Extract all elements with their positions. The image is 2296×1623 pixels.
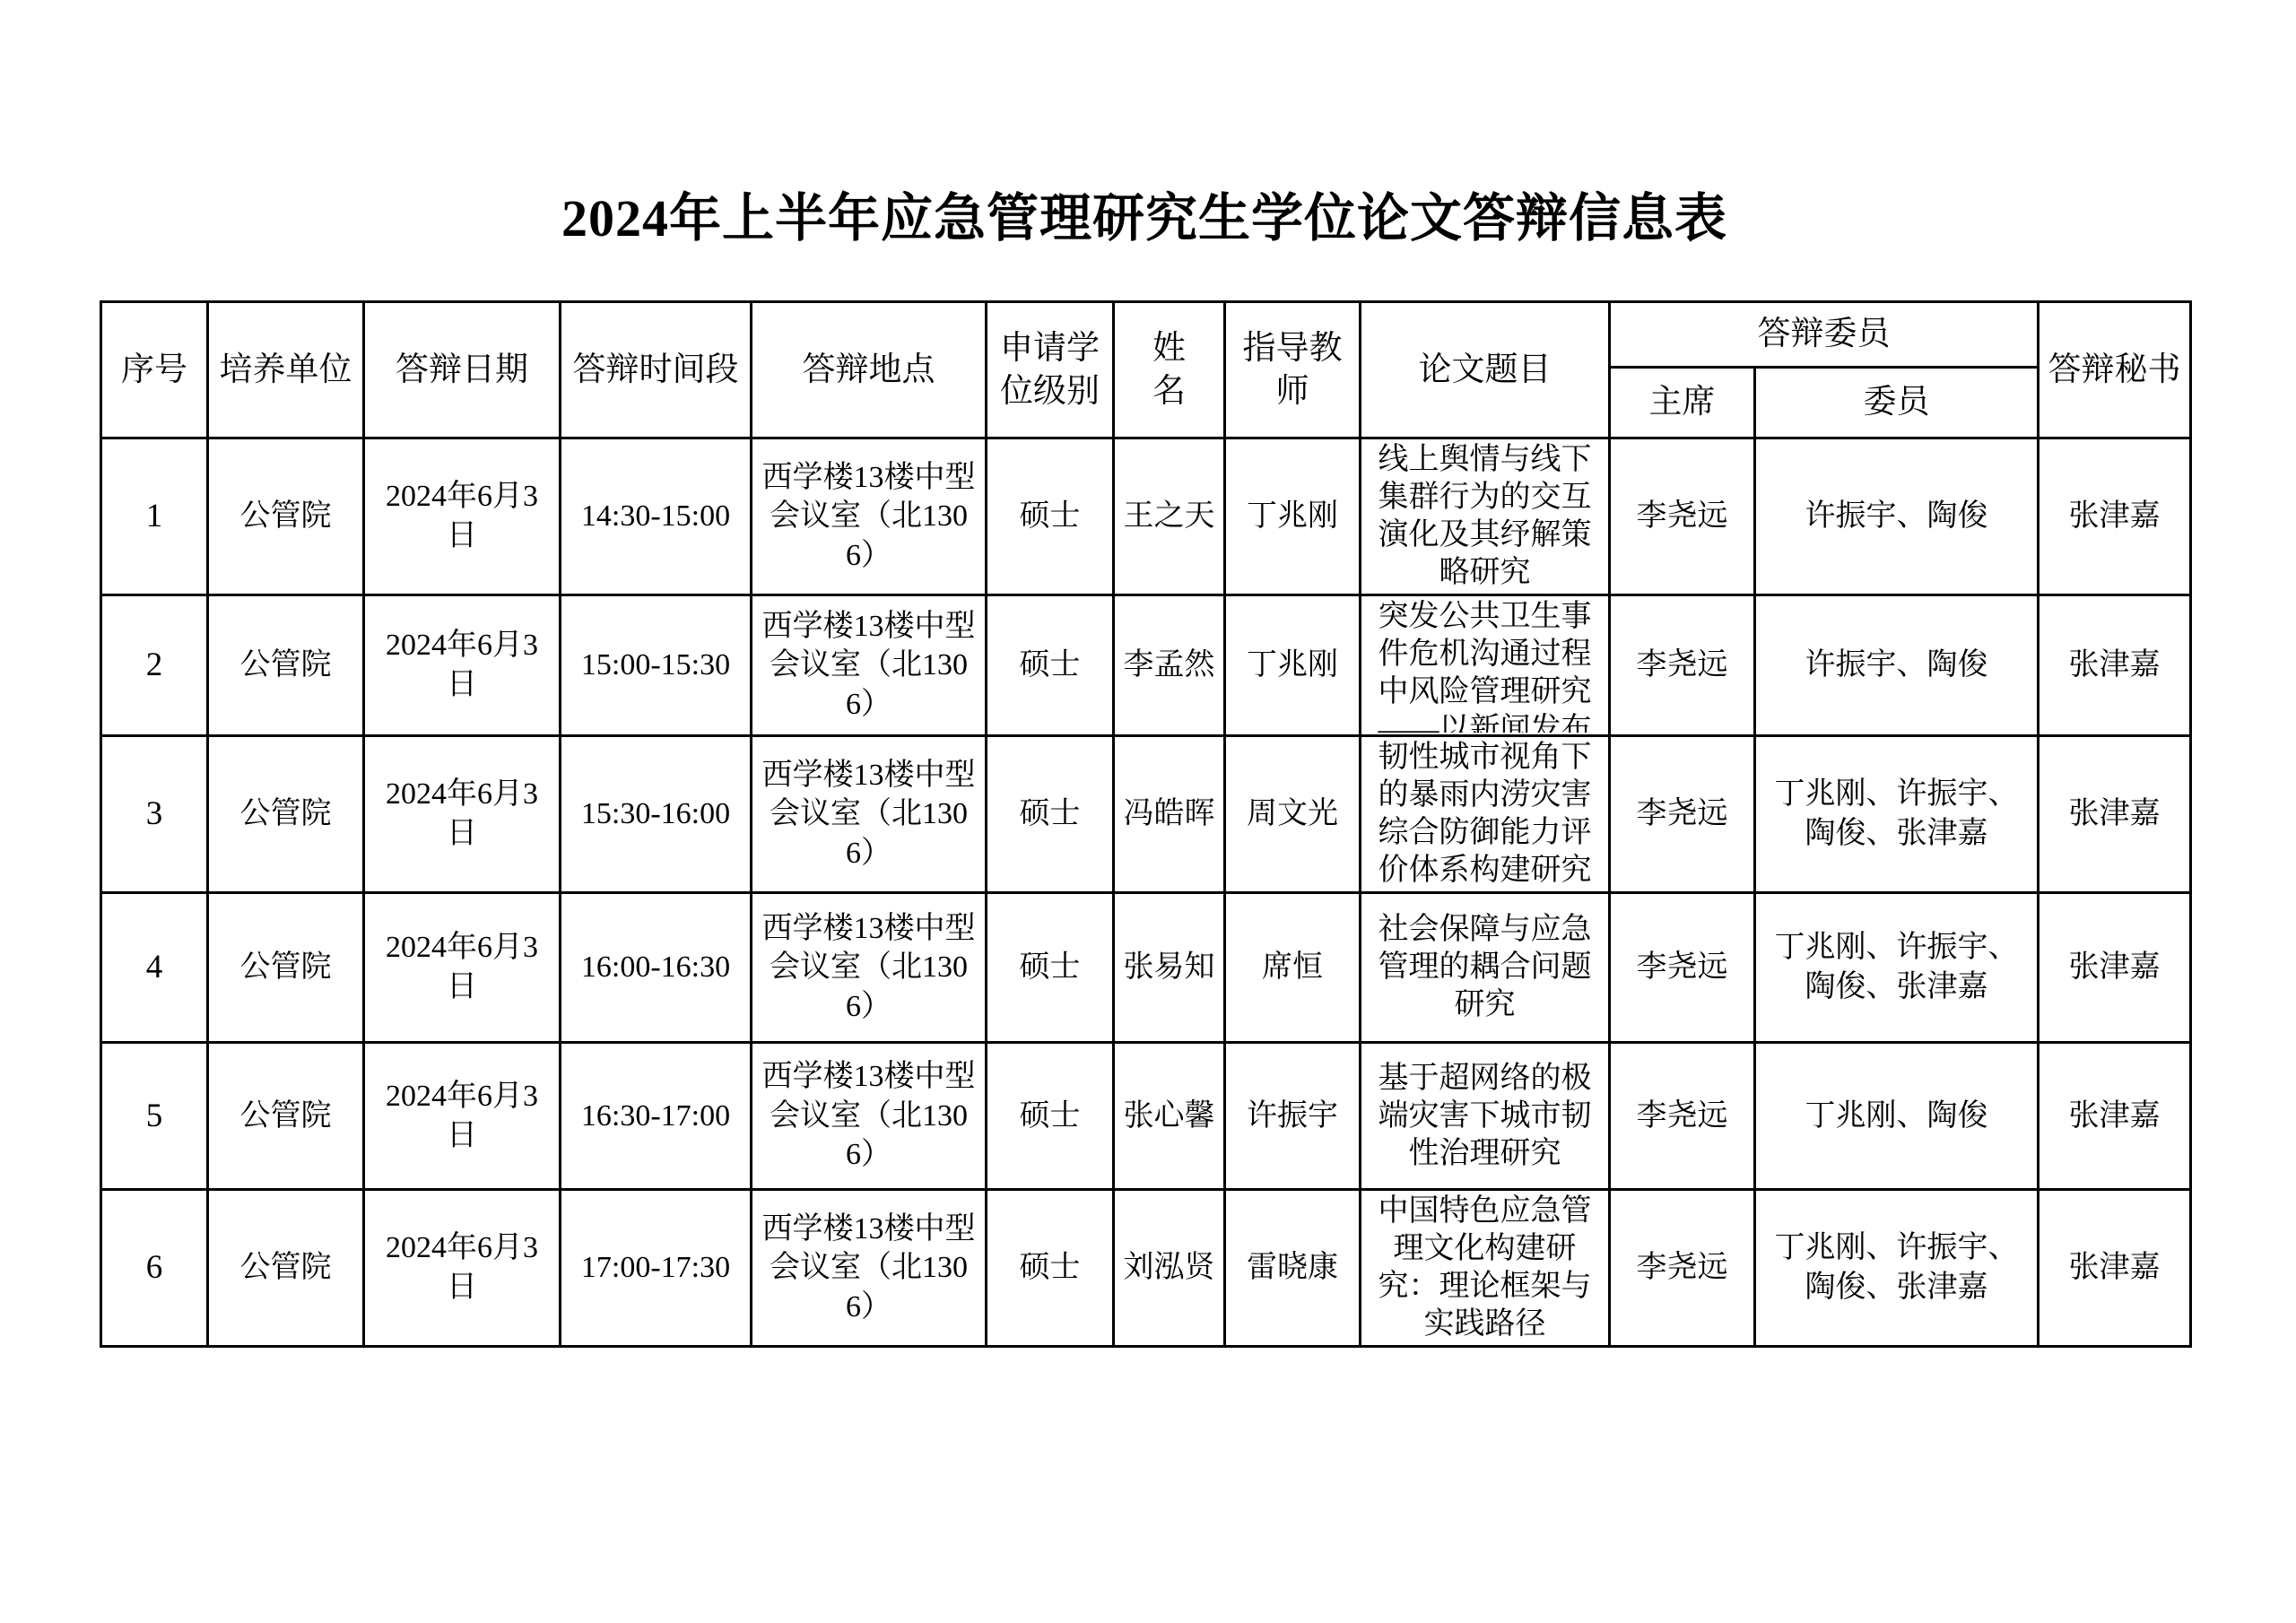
cell-location: 西学楼13楼中型会议室（北1306）	[752, 893, 987, 1043]
cell-chair: 李尧远	[1610, 893, 1755, 1043]
cell-advisor: 席恒	[1225, 893, 1361, 1043]
cell-time: 16:30-17:00	[561, 1043, 752, 1190]
cell-time: 15:00-15:30	[561, 595, 752, 736]
table-row: 3 公管院 2024年6月3日 15:30-16:00 西学楼13楼中型会议室（…	[101, 736, 2191, 893]
cell-thesis: 韧性城市视角下的暴雨内涝灾害综合防御能力评价体系构建研究	[1361, 736, 1610, 893]
cell-degree: 硕士	[987, 438, 1114, 595]
cell-thesis: 线上舆情与线下集群行为的交互演化及其纾解策略研究	[1361, 438, 1610, 595]
header-time: 答辩时间段	[561, 302, 752, 438]
cell-unit: 公管院	[208, 1190, 364, 1347]
cell-secretary: 张津嘉	[2039, 595, 2191, 736]
thesis-text: 突发公共卫生事件危机沟通过程中风险管理研究——以新闻发布会为例	[1369, 598, 1601, 733]
cell-thesis: 基于超网络的极端灾害下城市韧性治理研究	[1361, 1043, 1610, 1190]
cell-name: 冯皓晖	[1114, 736, 1225, 893]
cell-location: 西学楼13楼中型会议室（北1306）	[752, 1190, 987, 1347]
cell-seq: 2	[101, 595, 208, 736]
table-row: 5 公管院 2024年6月3日 16:30-17:00 西学楼13楼中型会议室（…	[101, 1043, 2191, 1190]
table-row: 4 公管院 2024年6月3日 16:00-16:30 西学楼13楼中型会议室（…	[101, 893, 2191, 1043]
cell-location: 西学楼13楼中型会议室（北1306）	[752, 438, 987, 595]
cell-date: 2024年6月3日	[364, 1043, 561, 1190]
header-unit: 培养单位	[208, 302, 364, 438]
cell-date: 2024年6月3日	[364, 893, 561, 1043]
header-members: 委员	[1755, 368, 2039, 438]
cell-time: 16:00-16:30	[561, 893, 752, 1043]
cell-seq: 4	[101, 893, 208, 1043]
cell-secretary: 张津嘉	[2039, 736, 2191, 893]
cell-degree: 硕士	[987, 893, 1114, 1043]
header-degree: 申请学位级别	[987, 302, 1114, 438]
cell-members: 丁兆刚、许振宇、陶俊、张津嘉	[1755, 893, 2039, 1043]
cell-name: 王之天	[1114, 438, 1225, 595]
cell-unit: 公管院	[208, 595, 364, 736]
cell-time: 17:00-17:30	[561, 1190, 752, 1347]
cell-date: 2024年6月3日	[364, 736, 561, 893]
cell-unit: 公管院	[208, 893, 364, 1043]
cell-seq: 6	[101, 1190, 208, 1347]
header-date: 答辩日期	[364, 302, 561, 438]
cell-time: 15:30-16:00	[561, 736, 752, 893]
cell-chair: 李尧远	[1610, 1190, 1755, 1347]
cell-advisor: 丁兆刚	[1225, 595, 1361, 736]
header-location: 答辩地点	[752, 302, 987, 438]
cell-chair: 李尧远	[1610, 438, 1755, 595]
cell-advisor: 丁兆刚	[1225, 438, 1361, 595]
header-committee-group: 答辩委员	[1610, 302, 2039, 368]
header-thesis: 论文题目	[1361, 302, 1610, 438]
header-row-top: 序号 培养单位 答辩日期 答辩时间段 答辩地点 申请学位级别 姓 名 指导教师 …	[101, 302, 2191, 368]
cell-chair: 李尧远	[1610, 736, 1755, 893]
cell-seq: 3	[101, 736, 208, 893]
header-secretary: 答辩秘书	[2039, 302, 2191, 438]
cell-chair: 李尧远	[1610, 595, 1755, 736]
cell-seq: 1	[101, 438, 208, 595]
cell-secretary: 张津嘉	[2039, 438, 2191, 595]
header-name: 姓 名	[1114, 302, 1225, 438]
cell-thesis: 中国特色应急管理文化构建研究：理论框架与实践路径	[1361, 1190, 1610, 1347]
cell-secretary: 张津嘉	[2039, 893, 2191, 1043]
cell-date: 2024年6月3日	[364, 438, 561, 595]
cell-advisor: 雷晓康	[1225, 1190, 1361, 1347]
cell-members: 丁兆刚、许振宇、陶俊、张津嘉	[1755, 1190, 2039, 1347]
cell-advisor: 许振宇	[1225, 1043, 1361, 1190]
cell-members: 许振宇、陶俊	[1755, 595, 2039, 736]
cell-thesis: 突发公共卫生事件危机沟通过程中风险管理研究——以新闻发布会为例	[1361, 595, 1610, 736]
cell-degree: 硕士	[987, 736, 1114, 893]
table-row: 6 公管院 2024年6月3日 17:00-17:30 西学楼13楼中型会议室（…	[101, 1190, 2191, 1347]
cell-secretary: 张津嘉	[2039, 1043, 2191, 1190]
cell-name: 刘泓贤	[1114, 1190, 1225, 1347]
header-seq: 序号	[101, 302, 208, 438]
cell-secretary: 张津嘉	[2039, 1190, 2191, 1347]
cell-members: 丁兆刚、陶俊	[1755, 1043, 2039, 1190]
page-title: 2024年上半年应急管理研究生学位论文答辩信息表	[100, 176, 2189, 251]
cell-chair: 李尧远	[1610, 1043, 1755, 1190]
cell-date: 2024年6月3日	[364, 1190, 561, 1347]
cell-location: 西学楼13楼中型会议室（北1306）	[752, 736, 987, 893]
cell-name: 李孟然	[1114, 595, 1225, 736]
cell-seq: 5	[101, 1043, 208, 1190]
cell-degree: 硕士	[987, 1190, 1114, 1347]
cell-thesis: 社会保障与应急管理的耦合问题研究	[1361, 893, 1610, 1043]
cell-members: 丁兆刚、许振宇、陶俊、张津嘉	[1755, 736, 2039, 893]
cell-unit: 公管院	[208, 438, 364, 595]
cell-unit: 公管院	[208, 1043, 364, 1190]
cell-advisor: 周文光	[1225, 736, 1361, 893]
cell-degree: 硕士	[987, 595, 1114, 736]
table-row: 2 公管院 2024年6月3日 15:00-15:30 西学楼13楼中型会议室（…	[101, 595, 2191, 736]
cell-members: 许振宇、陶俊	[1755, 438, 2039, 595]
cell-location: 西学楼13楼中型会议室（北1306）	[752, 595, 987, 736]
header-advisor: 指导教师	[1225, 302, 1361, 438]
cell-location: 西学楼13楼中型会议室（北1306）	[752, 1043, 987, 1190]
table-row: 1 公管院 2024年6月3日 14:30-15:00 西学楼13楼中型会议室（…	[101, 438, 2191, 595]
cell-degree: 硕士	[987, 1043, 1114, 1190]
cell-unit: 公管院	[208, 736, 364, 893]
document-page: 2024年上半年应急管理研究生学位论文答辩信息表 序号 培养单位 答辩日期 答辩…	[0, 0, 2296, 1623]
defense-info-table: 序号 培养单位 答辩日期 答辩时间段 答辩地点 申请学位级别 姓 名 指导教师 …	[100, 300, 2192, 1348]
header-chair: 主席	[1610, 368, 1755, 438]
cell-time: 14:30-15:00	[561, 438, 752, 595]
cell-date: 2024年6月3日	[364, 595, 561, 736]
cell-name: 张易知	[1114, 893, 1225, 1043]
cell-name: 张心馨	[1114, 1043, 1225, 1190]
